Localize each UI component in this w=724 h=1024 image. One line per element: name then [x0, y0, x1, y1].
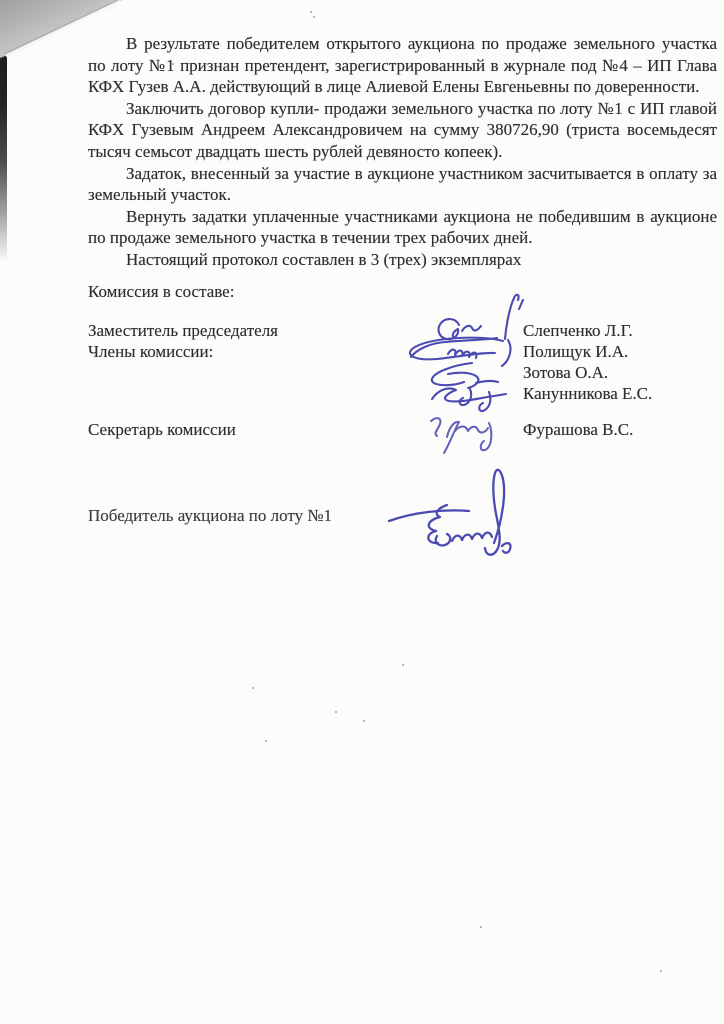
winner-line: Победитель аукциона по лоту №1	[88, 505, 332, 526]
signature-zotova	[432, 363, 498, 405]
protocol-body: В результате победителем открытого аукци…	[88, 33, 717, 271]
scan-speck	[172, 63, 174, 65]
name-furashova: Фурашова В.С.	[523, 419, 633, 440]
scan-speck	[313, 16, 315, 18]
paragraph-deposit: Задаток, внесенный за участие в аукционе…	[88, 163, 717, 206]
paragraph-result: В результате победителем открытого аукци…	[88, 33, 717, 98]
scan-speck	[402, 664, 404, 666]
scan-speck	[660, 970, 662, 972]
commission-heading: Комиссия в составе:	[88, 281, 234, 302]
scan-speck	[265, 740, 267, 742]
scan-speck	[335, 711, 337, 713]
name-zotova: Зотова О.А.	[523, 362, 608, 383]
scan-speck	[480, 926, 482, 928]
scan-speck	[310, 11, 312, 13]
scanned-document-page: В результате победителем открытого аукци…	[0, 0, 724, 1024]
name-kanunnikova: Канунникова Е.С.	[523, 383, 652, 404]
role-deputy-chairman: Заместитель председателя	[88, 320, 278, 341]
paragraph-copies: Настоящий протокол составлен в 3 (трех) …	[88, 249, 717, 271]
role-commission-members: Члены комиссии:	[88, 341, 213, 362]
paragraph-refund: Вернуть задатки уплаченные участниками а…	[88, 206, 717, 249]
scan-speck	[252, 687, 254, 689]
role-secretary: Секретарь комиссии	[88, 419, 236, 440]
signature-polishchuk	[410, 338, 511, 366]
scan-speck	[363, 720, 365, 722]
signature-winner	[389, 470, 510, 555]
signature-slepchenko	[439, 295, 523, 339]
paragraph-contract: Заключить договор купли- продажи земельн…	[88, 98, 717, 163]
signature-furashova	[431, 418, 491, 453]
signature-kanunnikova	[432, 388, 506, 411]
name-polishchuk: Полищук И.А.	[523, 341, 628, 362]
name-slepchenko: Слепченко Л.Г.	[523, 320, 633, 341]
